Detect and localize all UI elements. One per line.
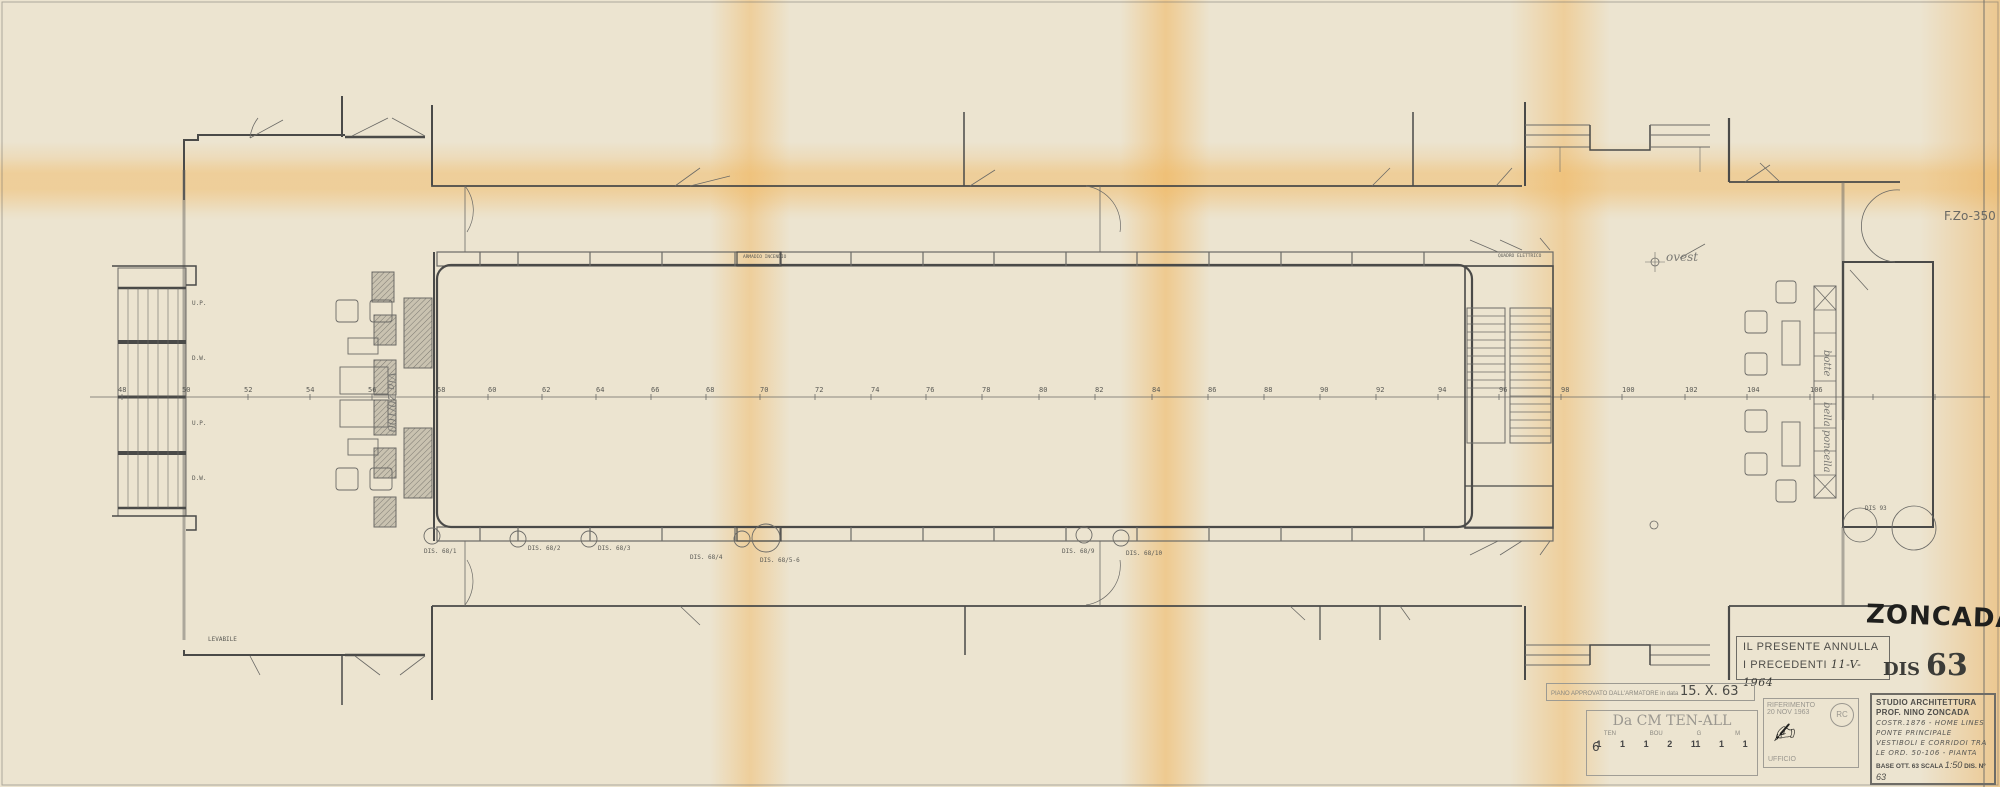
svg-text:80: 80 — [1039, 386, 1047, 394]
floor-plan-drawing: 48 50 52 54 56 58 60 62 64 66 68 70 72 7… — [0, 0, 2000, 787]
stair-label: U.P. — [192, 300, 206, 307]
svg-text:100: 100 — [1622, 386, 1635, 394]
annulla-stamp: IL PRESENTE ANNULLA I PRECEDENTI 11-V-19… — [1736, 636, 1890, 680]
seal-icon: RC — [1830, 703, 1854, 727]
description-line: VESTIBOLI E CORRIDOI TRA — [1876, 738, 1990, 748]
ref-callout: DIS. 68/9 — [1062, 548, 1095, 555]
svg-text:56: 56 — [368, 386, 376, 394]
svg-text:68: 68 — [706, 386, 714, 394]
central-hall — [434, 186, 1553, 606]
approval-date: 15. X. 63 — [1680, 684, 1739, 699]
signature-zoncada: ZONCADA — [1866, 599, 2000, 634]
lounge-note: Vla 20/100 — [385, 372, 398, 432]
svg-text:54: 54 — [306, 386, 314, 394]
ref-callout: DIS. 68/5-6 — [760, 557, 800, 564]
ref-callout: DIS. 68/10 — [1126, 550, 1162, 557]
ten-all-stamp: Da CM TEN-ALL TENBOU GM 11 12 111 1 — [1586, 710, 1758, 776]
svg-text:82: 82 — [1095, 386, 1103, 394]
handwritten-signature: ✍︎ — [1770, 718, 1796, 751]
cabinet-note: botte — [1821, 350, 1832, 376]
stair-label: U.P. — [192, 420, 206, 427]
riferimento-stamp: RIFERIMENTO 20 NOV 1963 RC ✍︎ UFFICIO — [1763, 698, 1859, 768]
studio-name: STUDIO ARCHITETTURA — [1876, 698, 1990, 708]
scale-mark: F.Zo-350 — [1944, 209, 1996, 223]
cabinet-label: ARMADIO INCENDIO — [743, 255, 786, 260]
svg-text:104: 104 — [1747, 386, 1760, 394]
cabinet-label: QUADRO ELETTRICO — [1498, 254, 1541, 259]
ten-values: 11 12 111 1 — [1587, 739, 1757, 749]
ref-callout: DIS. 68/1 — [424, 548, 457, 555]
svg-text:92: 92 — [1376, 386, 1384, 394]
left-lounge-furniture — [336, 272, 432, 527]
svg-text:94: 94 — [1438, 386, 1446, 394]
drawing-number: DIS63 — [1883, 648, 1968, 683]
svg-text:50: 50 — [182, 386, 190, 394]
svg-text:62: 62 — [542, 386, 550, 394]
stair-label: D.W. — [192, 475, 206, 482]
svg-text:90: 90 — [1320, 386, 1328, 394]
ref-callout: DIS. 68/3 — [598, 545, 631, 552]
svg-text:102: 102 — [1685, 386, 1698, 394]
right-vestibule — [1525, 118, 1936, 680]
svg-text:48: 48 — [118, 386, 126, 394]
description-line: PONTE PRINCIPALE — [1876, 728, 1990, 738]
title-footer: BASE OTT. 63 SCALA 1:50 DIS. Nº 63 — [1876, 760, 1990, 784]
svg-text:84: 84 — [1152, 386, 1160, 394]
svg-text:66: 66 — [651, 386, 659, 394]
svg-text:58: 58 — [437, 386, 445, 394]
svg-text:96: 96 — [1499, 386, 1507, 394]
svg-text:106: 106 — [1810, 386, 1823, 394]
blueprint-sheet: 48 50 52 54 56 58 60 62 64 66 68 70 72 7… — [0, 0, 2000, 787]
stair-core — [1465, 238, 1553, 555]
svg-text:64: 64 — [596, 386, 604, 394]
ten-columns: TENBOU GM — [1587, 731, 1757, 737]
annulla-line1: IL PRESENTE ANNULLA — [1743, 639, 1883, 656]
description-line: COSTR.1876 - HOME LINES — [1876, 718, 1990, 728]
annulla-line2: I PRECEDENTI 11-V-1964 — [1743, 656, 1883, 692]
svg-text:52: 52 — [244, 386, 252, 394]
levabile-label: LEVABILE — [208, 636, 237, 643]
svg-text:60: 60 — [488, 386, 496, 394]
svg-text:86: 86 — [1208, 386, 1216, 394]
stair-label: D.W. — [192, 355, 206, 362]
svg-text:76: 76 — [926, 386, 934, 394]
ref-callout: DIS. 68/2 — [528, 545, 561, 552]
svg-text:98: 98 — [1561, 386, 1569, 394]
svg-text:74: 74 — [871, 386, 879, 394]
ref-callout: DIS. 68/4 — [690, 554, 723, 561]
svg-text:70: 70 — [760, 386, 768, 394]
studio-title-block: STUDIO ARCHITETTURA PROF. NINO ZONCADA C… — [1870, 693, 1996, 785]
svg-text:78: 78 — [982, 386, 990, 394]
approval-stamp: PIANO APPROVATO DALL'ARMATORE in data 15… — [1546, 683, 1755, 701]
svg-text:72: 72 — [815, 386, 823, 394]
svg-text:88: 88 — [1264, 386, 1272, 394]
studio-professor: PROF. NINO ZONCADA — [1876, 708, 1990, 718]
ref-callout: DIS 93 — [1865, 505, 1887, 512]
description-line: LE ORD. 50-106 - PIANTA — [1876, 748, 1990, 758]
ten-left-value: 6 — [1592, 740, 1600, 754]
ovest-label: ovest — [1666, 250, 1698, 264]
cabinet-note-2: bella poncella — [1821, 402, 1832, 473]
axis-labels: 48 50 52 54 56 58 60 62 64 66 68 70 72 7… — [118, 386, 1823, 394]
ten-header: Da CM TEN-ALL — [1587, 713, 1757, 729]
